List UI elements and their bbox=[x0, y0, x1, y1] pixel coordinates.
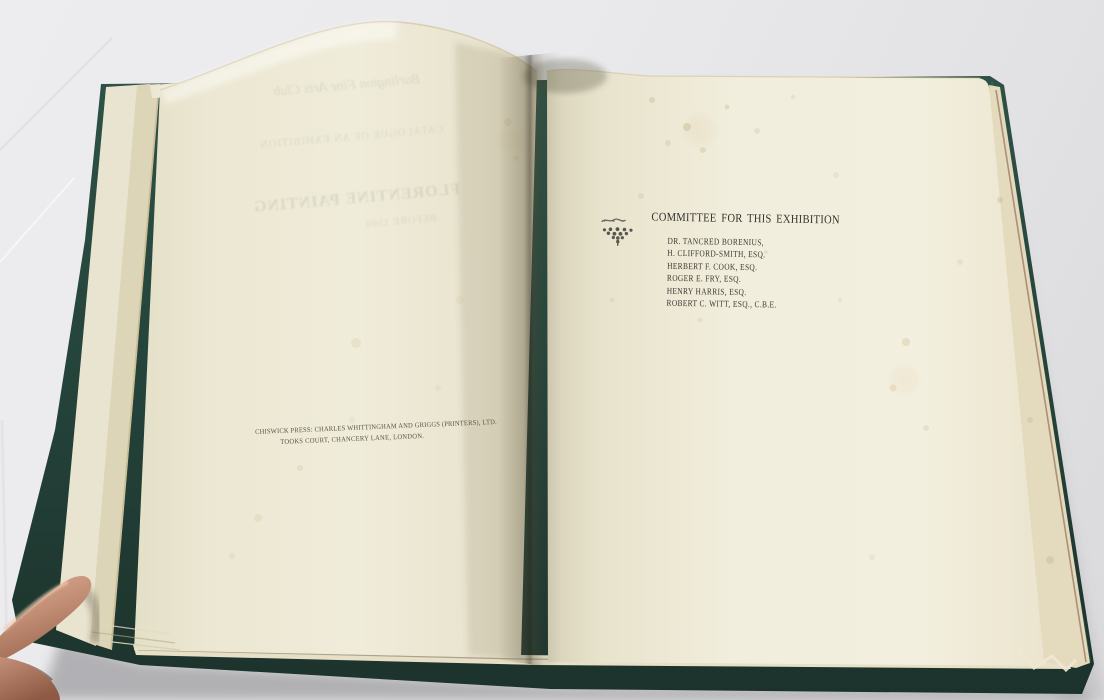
committee-heading: COMMITTEE FOR THIS EXHIBITION bbox=[618, 209, 873, 228]
book-illustration bbox=[0, 0, 1104, 700]
book-photo-scene: Burlington Fine Arts Club CATALOGUE OF A… bbox=[0, 0, 1104, 700]
committee-block: COMMITTEE FOR THIS EXHIBITION DR. TANCRE… bbox=[599, 209, 891, 313]
committee-member: ROBERT C. WITT, ESQ., C.B.E. bbox=[666, 297, 837, 312]
printer-squiggle-ornament-icon bbox=[601, 217, 627, 225]
aldine-leaf-cluster-ornament-icon bbox=[600, 227, 636, 248]
